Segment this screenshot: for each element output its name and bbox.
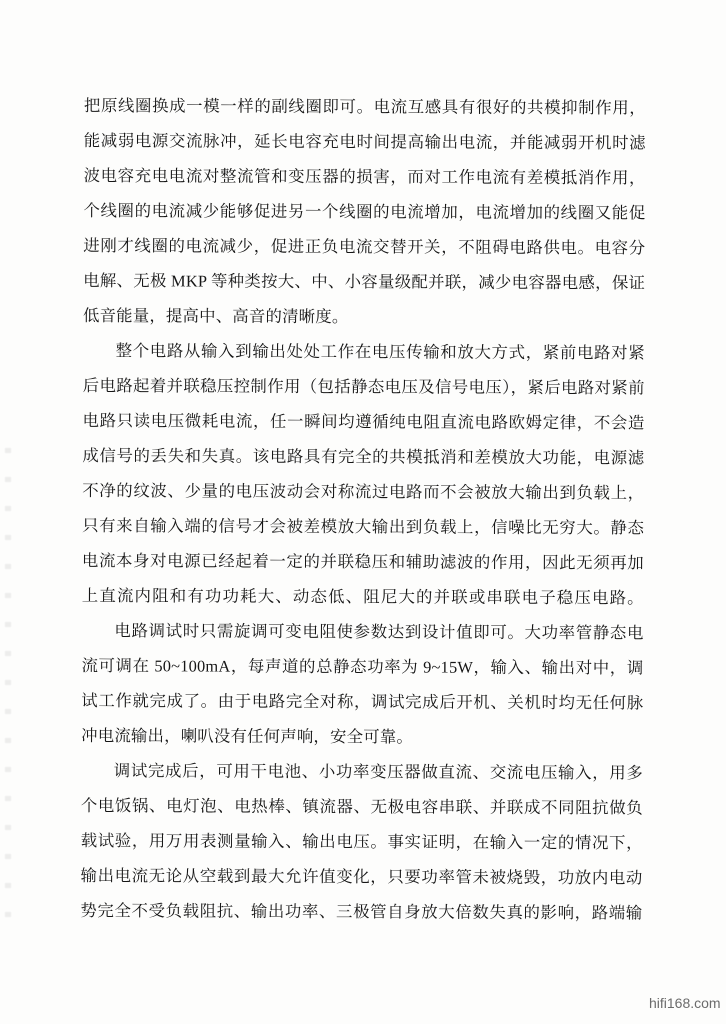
text-line: 试工作就完成了。由于电路完全对称，调试完成后开机、关机时均无任何脉: [81, 683, 643, 720]
text-line: 把原线圈换成一模一样的副线圈即可。电流互感具有很好的共模抑制作用，: [84, 88, 646, 125]
text-line: 冲电流输出，喇叭没有任何声响，安全可靠。: [81, 718, 643, 755]
text-line: 电解、无极 MKP 等种类按大、中、小容量级配并联，减少电容器电感，保证: [83, 263, 645, 300]
text-line: 只有来自输入端的信号才会被差模放大输出到负载上，信噪比无穷大。静态: [82, 508, 644, 545]
body-text: 把原线圈换成一模一样的副线圈即可。电流互感具有很好的共模抑制作用， 能减弱电源交…: [80, 88, 646, 930]
text-line: 成信号的丢失和失真。该电路具有完全的共模抵消和差模放大功能，电源滤: [82, 438, 644, 475]
text-line: 个线圈的电流减少能够促进另一个线圈的电流增加，电流增加的线圈又能促: [83, 193, 645, 230]
text-line: 进刚才线圈的电流减少，促进正负电流交替开关，不阻碍电路供电。电容分: [83, 228, 645, 265]
text-line: 电流本身对电源已经起着一定的并联稳压和辅助滤波的作用，因此无须再加: [82, 543, 644, 580]
text-line: 不净的纹波、少量的电压波动会对称流过电路而不会被放大输出到负载上，: [82, 473, 644, 510]
page-edge-bleed-marks: [5, 448, 11, 938]
scanned-page: 把原线圈换成一模一样的副线圈即可。电流互感具有很好的共模抑制作用， 能减弱电源交…: [0, 0, 726, 1024]
text-line: 电路只读电压微耗电流，任一瞬间均遵循纯电阻直流电路欧姆定律，不会造: [82, 403, 644, 440]
text-line: 整个电路从输入到输出处处工作在电压传输和放大方式，紧前电路对紧: [83, 333, 645, 370]
text-line: 后电路起着并联稳压控制作用（包括静态电压及信号电压），紧后电路对紧前: [83, 368, 645, 405]
text-line: 电路调试时只需旋调可变电阻使参数达到设计值即可。大功率管静态电: [82, 613, 644, 650]
text-line: 波电容充电电流对整流管和变压器的损害，而对工作电流有差模抵消作用，一: [84, 158, 646, 195]
text-line: 上直流内阻和有功功耗大、动态低、阻尼大的并联或串联电子稳压电路。: [82, 578, 644, 615]
text-line: 载试验，用万用表测量输入、输出电压。事实证明，在输入一定的情况下，: [81, 823, 643, 860]
text-line: 势完全不受负载阻抗、输出功率、三极管自身放大倍数失真的影响，路端输: [80, 893, 642, 930]
text-line: 流可调在 50~100mA，每声道的总静态功率为 9~15W，输入、输出对中，调: [81, 648, 643, 685]
site-watermark: hifi168.com: [649, 994, 721, 1012]
text-line: 输出电流无论从空载到最大允许值变化，只要功率管未被烧毁，功放内电动: [80, 858, 642, 895]
text-line: 个电饭锅、电灯泡、电热棒、镇流器、无极电容串联、并联成不同阻抗做负: [81, 788, 643, 825]
text-line: 低音能量，提高中、高音的清晰度。: [83, 298, 645, 335]
text-line: 能减弱电源交流脉冲，延长电容充电时间提高输出电流，并能减弱开机时滤: [84, 123, 646, 160]
text-line: 调试完成后，可用干电池、小功率变压器做直流、交流电压输入，用多: [81, 753, 643, 790]
